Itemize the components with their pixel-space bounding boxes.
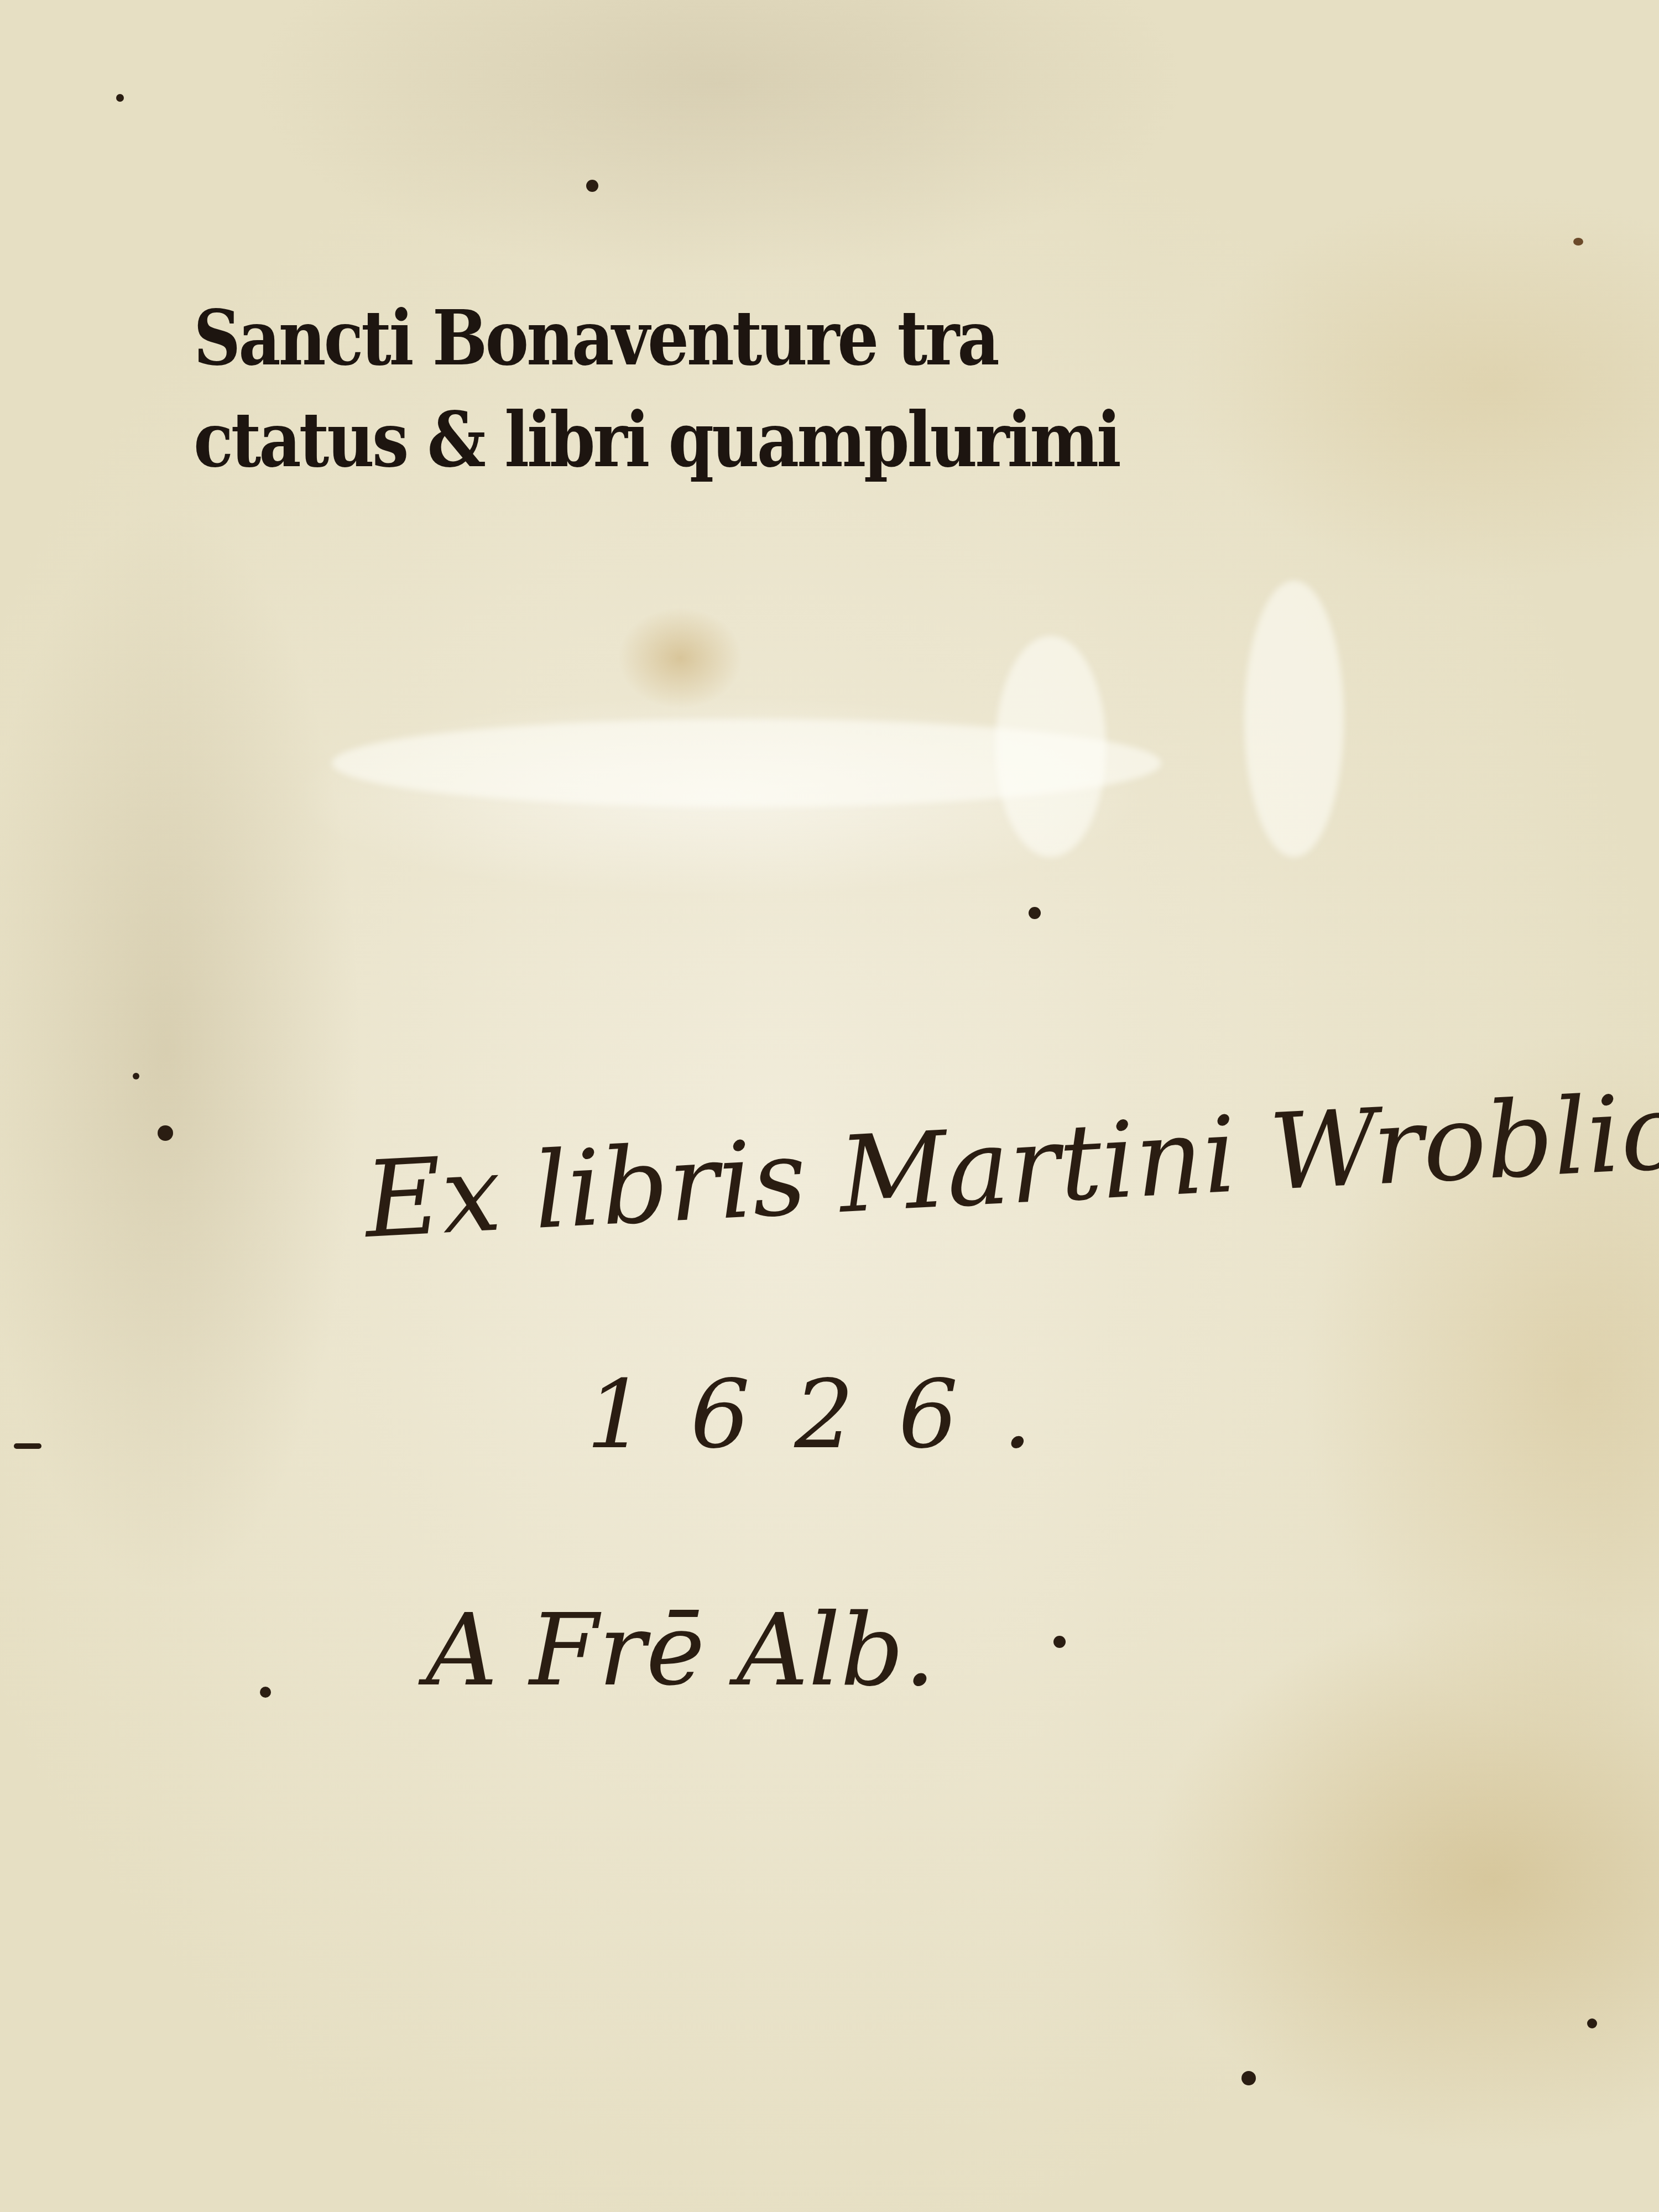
ink-speck	[1029, 907, 1041, 919]
printed-title-line-1: Sancti Bonaventure tra	[194, 288, 1134, 389]
ink-speck	[14, 1443, 41, 1449]
printed-title-line-2: ctatus & libri quamplurimi	[194, 389, 1134, 491]
ink-speck	[1573, 238, 1583, 246]
ink-speck	[586, 180, 598, 192]
ink-speck	[1053, 1636, 1066, 1648]
ink-speck	[133, 1073, 139, 1079]
donor-note: A Frē Alb.	[426, 1593, 936, 1708]
ink-speck	[116, 94, 124, 102]
paper-wrinkle	[995, 636, 1106, 857]
ink-speck	[1241, 2071, 1256, 2085]
printed-title: Sancti Bonaventure tra ctatus & libri qu…	[194, 288, 1134, 491]
ink-speck	[1587, 2018, 1597, 2028]
ink-speck	[158, 1125, 173, 1141]
ink-speck	[260, 1687, 271, 1698]
ex-libris-inscription: Ex libris Martini Wroblicij	[362, 1067, 1659, 1261]
inscription-year: 1626.	[586, 1360, 1077, 1470]
parchment-page: Sancti Bonaventure tra ctatus & libri qu…	[0, 0, 1659, 2212]
paper-wrinkle	[1244, 581, 1344, 857]
